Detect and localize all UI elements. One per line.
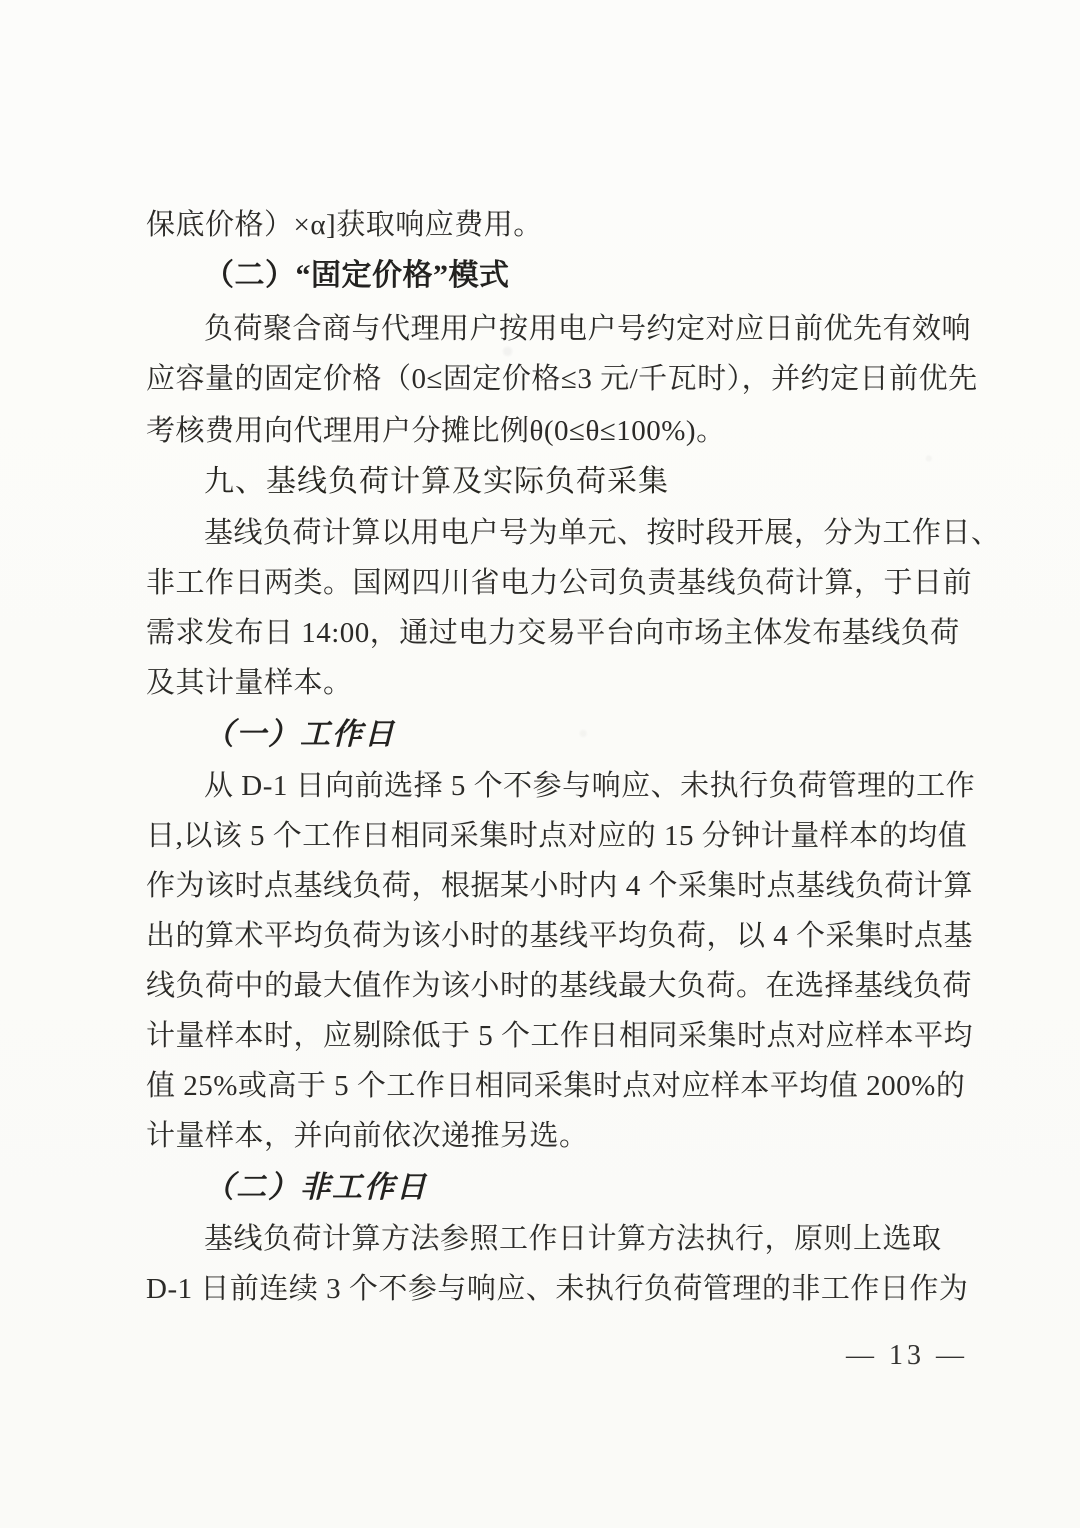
- document-page: 保底价格）×α]获取响应费用。 （二）“固定价格”模式 负荷聚合商与代理用户按用…: [0, 0, 1080, 1528]
- text-line: 应容量的固定价格（0≤固定价格≤3 元/千瓦时），并约定日前优先: [146, 362, 978, 397]
- text-line: 值 25%或高于 5 个工作日相同采集时点对应样本平均值 200%的: [146, 1069, 965, 1104]
- text-line: 非工作日两类。国网四川省电力公司负责基线负荷计算，于日前: [146, 566, 972, 601]
- text-line: 从 D-1 日向前选择 5 个不参与响应、未执行负荷管理的工作: [204, 769, 975, 804]
- subsection-heading-workday: （一）工作日: [204, 717, 396, 753]
- text-line: D-1 日前连续 3 个不参与响应、未执行负荷管理的非工作日作为: [146, 1272, 968, 1307]
- text-line: 作为该时点基线负荷，根据某小时内 4 个采集时点基线负荷计算: [146, 869, 973, 904]
- text-line: 及其计量样本。: [146, 666, 353, 701]
- text-line: 负荷聚合商与代理用户按用电户号约定对应日前优先有效响: [204, 312, 971, 347]
- text-line: 计量样本，并向前依次递推另选。: [146, 1119, 589, 1154]
- subsection-heading-non-workday: （二）非工作日: [204, 1170, 428, 1206]
- text-line: 考核费用向代理用户分摊比例θ(0≤θ≤100%)。: [146, 414, 726, 449]
- text-line: 日,以该 5 个工作日相同采集时点对应的 15 分钟计量样本的均值: [146, 819, 967, 854]
- text-line: 线负荷中的最大值作为该小时的基线最大负荷。在选择基线负荷: [146, 969, 972, 1004]
- text-line: 基线负荷计算以用电户号为单元、按时段开展，分为工作日、: [204, 516, 1001, 551]
- page-number: — 13 —: [846, 1340, 968, 1372]
- text-line: 基线负荷计算方法参照工作日计算方法执行，原则上选取: [204, 1222, 942, 1257]
- section-heading-fixed-price-mode: （二）“固定价格”模式: [204, 258, 510, 294]
- text-line: 需求发布日 14:00，通过电力交易平台向市场主体发布基线负荷: [146, 616, 960, 651]
- text-line: 保底价格）×α]获取响应费用。: [146, 208, 543, 243]
- text-line: 出的算术平均负荷为该小时的基线平均负荷，以 4 个采集时点基: [146, 919, 973, 954]
- text-line: 计量样本时，应剔除低于 5 个工作日相同采集时点对应样本平均: [146, 1019, 973, 1054]
- section-heading-baseline-load: 九、基线负荷计算及实际负荷采集: [204, 464, 669, 500]
